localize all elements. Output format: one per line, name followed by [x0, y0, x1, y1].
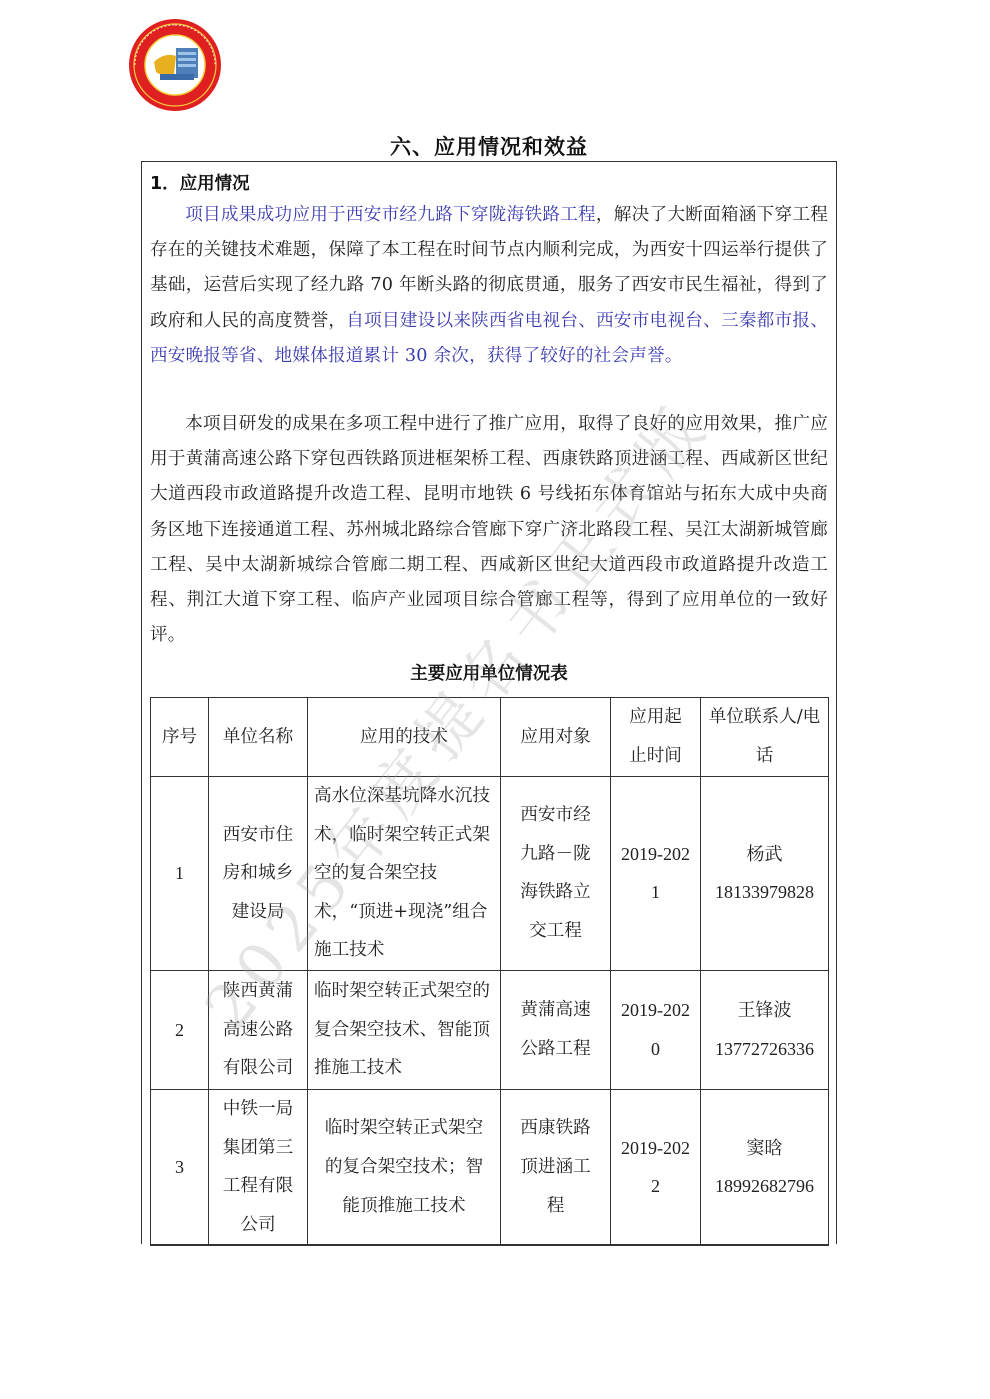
- application-paragraph-2: 本项目研发的成果在多项工程中进行了推广应用，取得了良好的应用效果，推广应用于黄蒲…: [150, 407, 828, 653]
- table-row: 2 陕西黄蒲高速公路有限公司 临时架空转正式架空的复合架空技术、智能顶推施工技术…: [151, 970, 829, 1089]
- cell-target: 西安市经九路－陇海铁路立交工程: [501, 777, 611, 971]
- cell-contact: 杨武18133979828: [701, 777, 829, 971]
- header-target: 应用对象: [501, 698, 611, 777]
- section-heading: 1．应用情况: [150, 170, 250, 195]
- contact-name: 王锋波: [703, 991, 826, 1030]
- table-header-row: 序号 单位名称 应用的技术 应用对象 应用起止时间 单位联系人/电话: [151, 698, 829, 777]
- contact-phone: 18992682796: [703, 1167, 826, 1206]
- cell-unit: 西安市住房和城乡建设局: [209, 777, 308, 971]
- contact-name: 窦晗: [703, 1129, 826, 1168]
- cell-tech: 临时架空转正式架空的复合架空技术、智能顶推施工技术: [308, 970, 501, 1089]
- cell-period: 2019-2021: [611, 777, 701, 971]
- application-paragraph-1: 项目成果成功应用于西安市经九路下穿陇海铁路工程，解决了大断面箱涵下穿工程存在的关…: [150, 198, 828, 374]
- cell-contact: 窦晗18992682796: [701, 1089, 829, 1245]
- cell-no: 3: [151, 1089, 209, 1245]
- contact-name: 杨武: [703, 835, 826, 874]
- cell-no: 2: [151, 970, 209, 1089]
- cell-contact: 王锋波13772726336: [701, 970, 829, 1089]
- cell-target: 西康铁路顶进涵工程: [501, 1089, 611, 1245]
- header-contact: 单位联系人/电话: [701, 698, 829, 777]
- organization-seal-logo: [128, 18, 222, 112]
- seal-emblem-icon: [128, 18, 222, 112]
- cell-tech: 高水位深基坑降水沉技术，临时架空转正式架空的复合架空技术，“顶进+现浇”组合施工…: [308, 777, 501, 971]
- table-title: 主要应用单位情况表: [150, 660, 828, 685]
- table-row: 1 西安市住房和城乡建设局 高水位深基坑降水沉技术，临时架空转正式架空的复合架空…: [151, 777, 829, 971]
- cell-unit: 陕西黄蒲高速公路有限公司: [209, 970, 308, 1089]
- header-tech: 应用的技术: [308, 698, 501, 777]
- highlighted-project-text: 项目成果成功应用于西安市经九路下穿陇海铁路工程: [185, 205, 596, 225]
- cell-period: 2019-2022: [611, 1089, 701, 1245]
- cell-period: 2019-2020: [611, 970, 701, 1089]
- page-title: 六、应用情况和效益: [141, 131, 837, 161]
- contact-phone: 18133979828: [703, 873, 826, 912]
- header-no: 序号: [151, 698, 209, 777]
- cell-tech: 临时架空转正式架空的复合架空技术；智能顶推施工技术: [308, 1089, 501, 1245]
- application-units-table: 序号 单位名称 应用的技术 应用对象 应用起止时间 单位联系人/电话 1 西安市…: [150, 697, 829, 1246]
- contact-phone: 13772726336: [703, 1030, 826, 1069]
- header-period: 应用起止时间: [611, 698, 701, 777]
- table-row: 3 中铁一局集团第三工程有限公司 临时架空转正式架空的复合架空技术；智能顶推施工…: [151, 1089, 829, 1245]
- cell-no: 1: [151, 777, 209, 971]
- cell-target: 黄蒲高速公路工程: [501, 970, 611, 1089]
- cell-unit: 中铁一局集团第三工程有限公司: [209, 1089, 308, 1245]
- header-unit: 单位名称: [209, 698, 308, 777]
